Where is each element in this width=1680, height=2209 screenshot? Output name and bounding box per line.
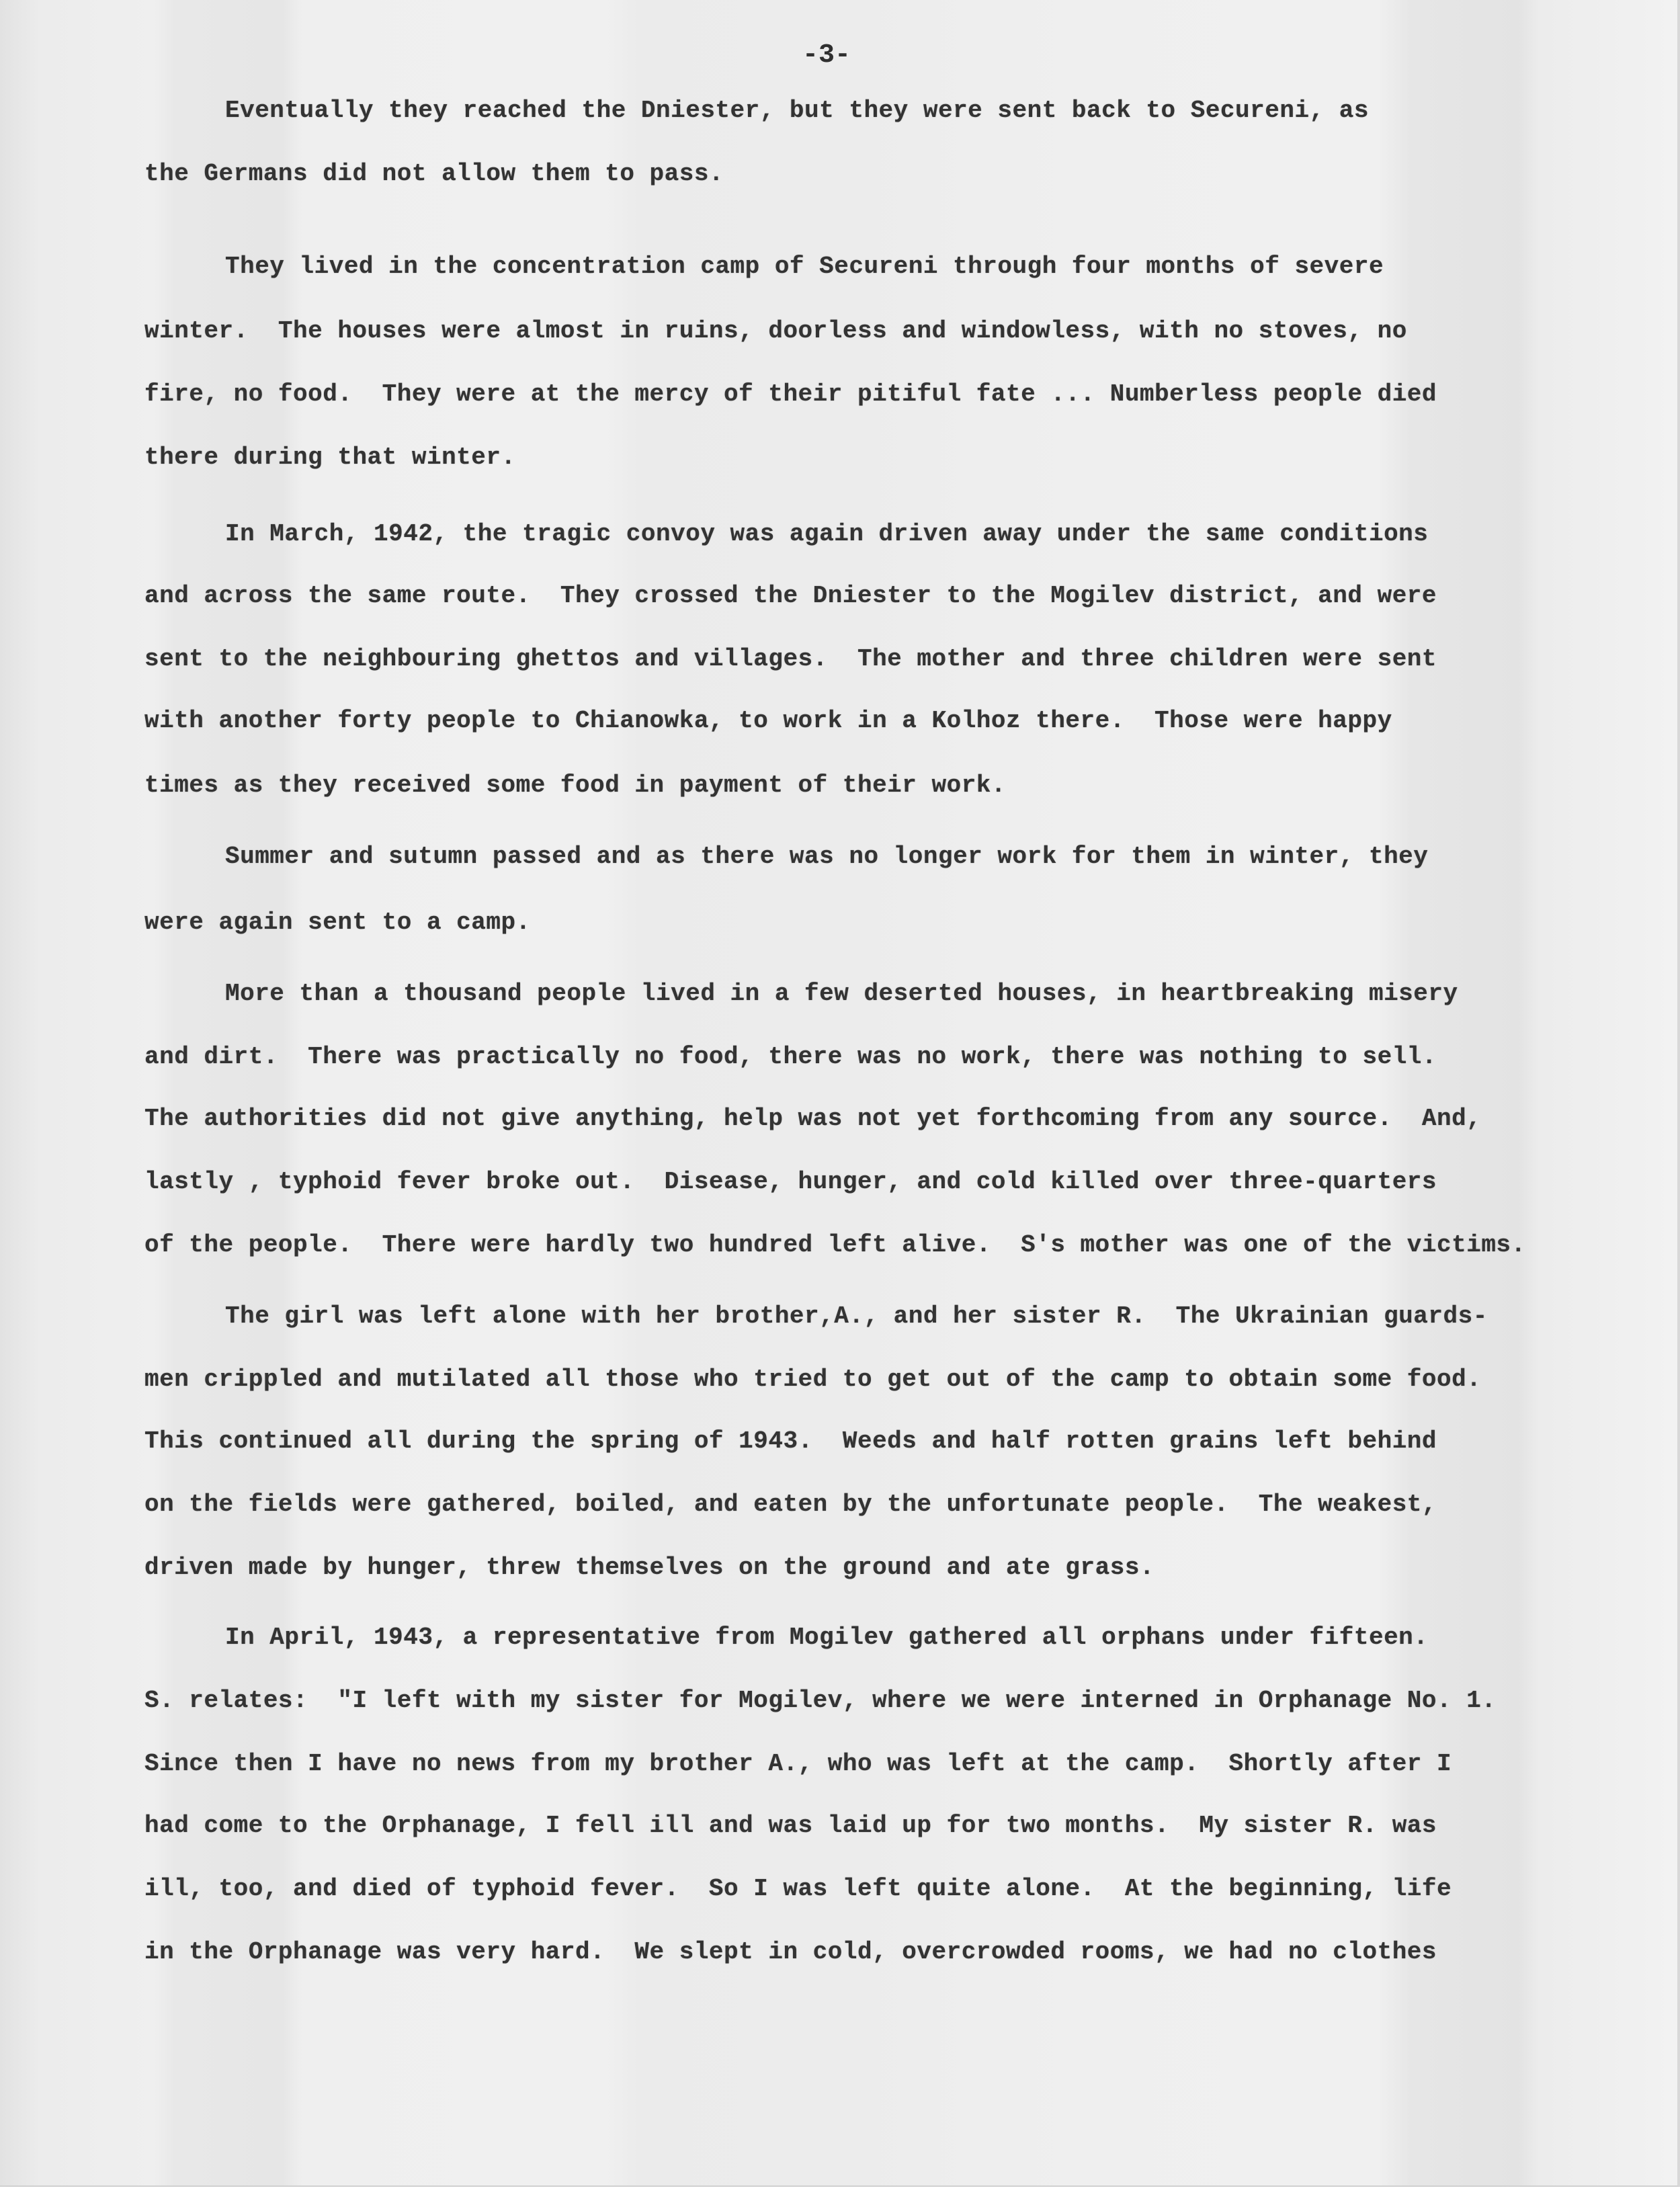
text-line: In April, 1943, a representative from Mo… (144, 1621, 1428, 1655)
text-line: In March, 1942, the tragic convoy was ag… (144, 517, 1428, 551)
text-line: winter. The houses were almost in ruins,… (144, 315, 1407, 348)
text-line: sent to the neighbouring ghettos and vil… (144, 642, 1437, 676)
text-line: in the Orphanage was very hard. We slept… (144, 1935, 1437, 1969)
text-line: of the people. There were hardly two hun… (144, 1228, 1526, 1262)
text-line: were again sent to a camp. (144, 906, 531, 940)
text-line: This continued all during the spring of … (144, 1425, 1437, 1458)
text-line: The girl was left alone with her brother… (144, 1300, 1488, 1333)
text-line: The authorities did not give anything, h… (144, 1102, 1481, 1136)
text-line: and across the same route. They crossed … (144, 579, 1437, 613)
text-line: Eventually they reached the Dniester, bu… (144, 94, 1369, 128)
text-line: Summer and sutumn passed and as there wa… (144, 840, 1428, 874)
text-line: the Germans did not allow them to pass. (144, 157, 724, 191)
text-line: fire, no food. They were at the mercy of… (144, 378, 1437, 411)
text-line: times as they received some food in paym… (144, 769, 1006, 802)
text-line: More than a thousand people lived in a f… (144, 977, 1458, 1011)
page-number: -3- (793, 40, 860, 71)
text-line: lastly , typhoid fever broke out. Diseas… (144, 1165, 1437, 1199)
text-line: with another forty people to Chianowka, … (144, 704, 1392, 738)
text-line: men crippled and mutilated all those who… (144, 1363, 1481, 1397)
typewritten-page: -3- Eventually they reached the Dniester… (0, 0, 1680, 2187)
text-line: Since then I have no news from my brothe… (144, 1747, 1452, 1781)
text-line: They lived in the concentration camp of … (144, 250, 1384, 284)
text-line: ill, too, and died of typhoid fever. So … (144, 1872, 1452, 1906)
text-line: had come to the Orphanage, I fell ill an… (144, 1809, 1437, 1843)
text-line: on the fields were gathered, boiled, and… (144, 1488, 1437, 1522)
text-line: driven made by hunger, threw themselves … (144, 1551, 1154, 1585)
text-line: and dirt. There was practically no food,… (144, 1040, 1437, 1074)
text-line: S. relates: "I left with my sister for M… (144, 1684, 1496, 1718)
text-line: there during that winter. (144, 441, 516, 474)
